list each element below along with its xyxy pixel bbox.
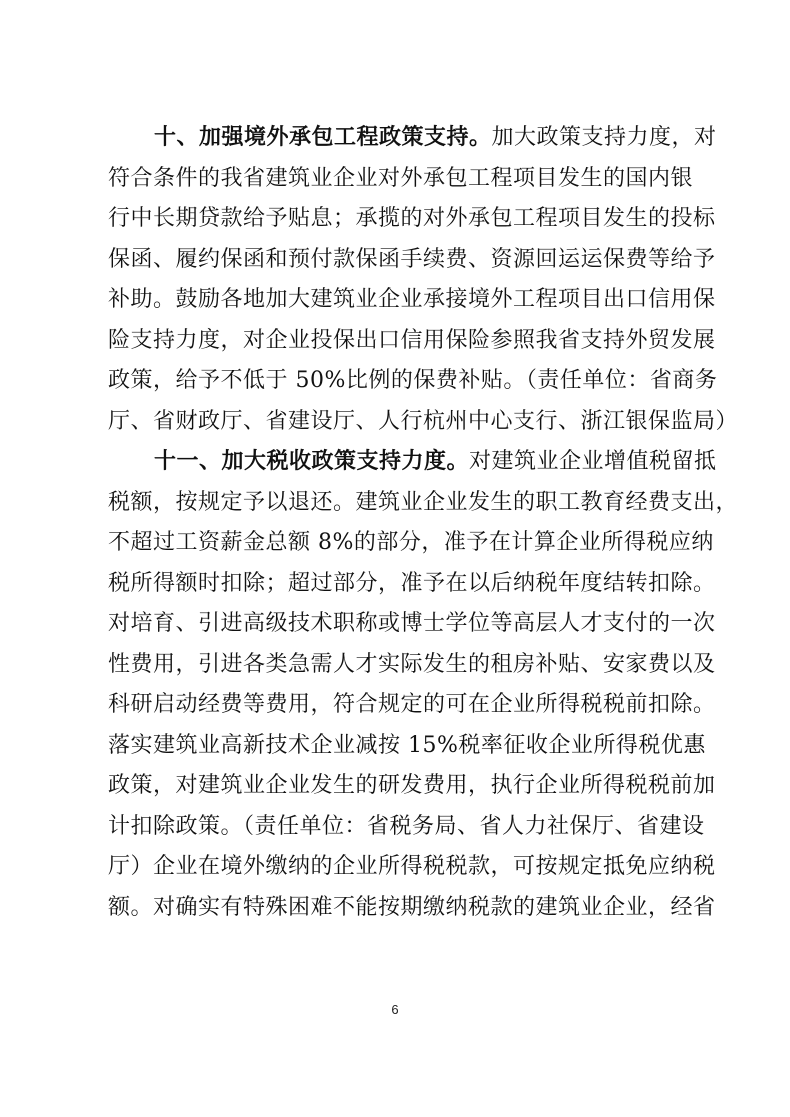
document-page: 十、加强境外承包工程政策支持。加大政策支持力度，对 符合条件的我省建筑业企业对外… — [108, 118, 684, 928]
paragraph-line: 十一、加大税收政策支持力度。对建筑业企业增值税留抵 — [108, 442, 684, 483]
paragraph-line: 补助。鼓励各地加大建筑业企业承接境外工程项目出口信用保 — [108, 280, 684, 321]
paragraph-line: 厅、省财政厅、省建设厅、人行杭州中心支行、浙江银保监局） — [108, 402, 684, 443]
paragraph-line: 科研启动经费等费用，符合规定的可在企业所得税税前扣除。 — [108, 685, 684, 726]
paragraph-line: 行中长期贷款给予贴息；承揽的对外承包工程项目发生的投标 — [108, 199, 684, 240]
section-heading: 十一、加大税收政策支持力度。 — [154, 449, 469, 474]
section-10: 十、加强境外承包工程政策支持。加大政策支持力度，对 符合条件的我省建筑业企业对外… — [108, 118, 684, 442]
paragraph-line: 对培育、引进高级技术职称或博士学位等高层人才支付的一次 — [108, 604, 684, 645]
paragraph-line: 性费用，引进各类急需人才实际发生的租房补贴、安家费以及 — [108, 645, 684, 686]
paragraph-line: 十、加强境外承包工程政策支持。加大政策支持力度，对 — [108, 118, 684, 159]
paragraph-line: 计扣除政策。（责任单位：省税务局、省人力社保厅、省建设 — [108, 807, 684, 848]
section-11: 十一、加大税收政策支持力度。对建筑业企业增值税留抵 税额，按规定予以退还。建筑业… — [108, 442, 684, 928]
paragraph-line: 政策，对建筑业企业发生的研发费用，执行企业所得税税前加 — [108, 766, 684, 807]
page-number: 6 — [0, 1002, 790, 1017]
paragraph-line: 险支持力度，对企业投保出口信用保险参照我省支持外贸发展 — [108, 321, 684, 362]
paragraph-line: 税额，按规定予以退还。建筑业企业发生的职工教育经费支出， — [108, 483, 684, 524]
section-heading: 十、加强境外承包工程政策支持。 — [154, 125, 492, 150]
paragraph-line: 落实建筑业高新技术企业减按 15%税率征收企业所得税优惠 — [108, 726, 684, 767]
paragraph-line: 额。对确实有特殊困难不能按期缴纳税款的建筑业企业，经省 — [108, 888, 684, 929]
paragraph-line: 厅）企业在境外缴纳的企业所得税税款，可按规定抵免应纳税 — [108, 847, 684, 888]
paragraph-line: 税所得额时扣除；超过部分，准予在以后纳税年度结转扣除。 — [108, 564, 684, 605]
paragraph-line: 不超过工资薪金总额 8%的部分，准予在计算企业所得税应纳 — [108, 523, 684, 564]
paragraph-line: 符合条件的我省建筑业企业对外承包工程项目发生的国内银 — [108, 159, 684, 200]
paragraph-line: 保函、履约保函和预付款保函手续费、资源回运运保费等给予 — [108, 240, 684, 281]
paragraph-line: 政策，给予不低于 50%比例的保费补贴。（责任单位：省商务 — [108, 361, 684, 402]
